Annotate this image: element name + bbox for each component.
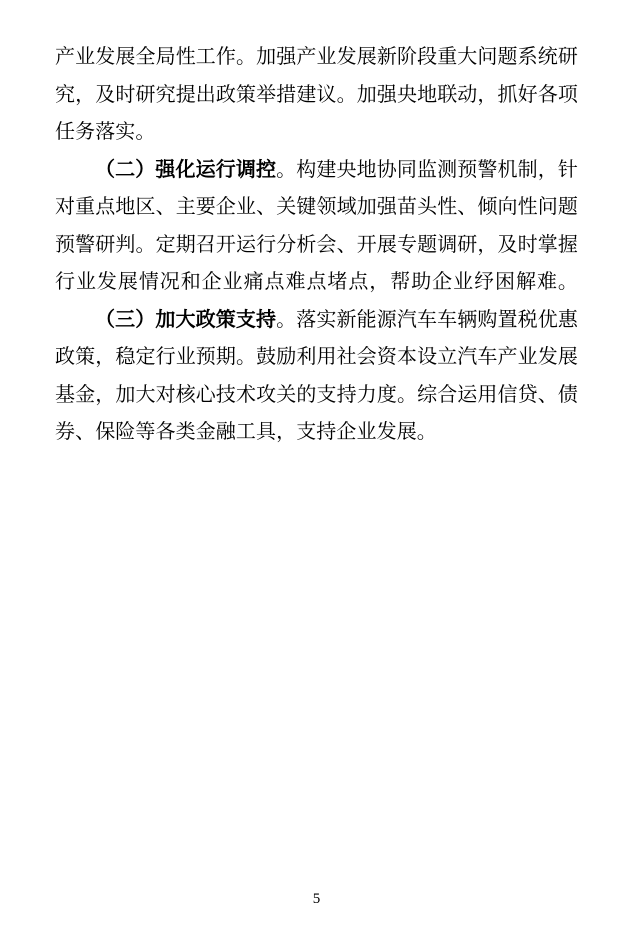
paragraph-continuation: 产业发展全局性工作。加强产业发展新阶段重大问题系统研究，及时研究提出政策举措建议… <box>55 39 578 152</box>
body-text: 产业发展全局性工作。加强产业发展新阶段重大问题系统研 <box>55 46 578 68</box>
text-line: 政策，稳定行业预期。鼓励利用社会资本设立汽车产业发展 <box>55 339 578 377</box>
section-heading-bold: （二）强化运行调控 <box>95 159 276 181</box>
text-line: 产业发展全局性工作。加强产业发展新阶段重大问题系统研 <box>55 39 578 77</box>
body-text: 。构建央地协同监测预警机制，针 <box>276 159 578 181</box>
text-line: 券、保险等各类金融工具，支持企业发展。 <box>55 414 578 452</box>
paragraph-section-2: （二）强化运行调控。构建央地协同监测预警机制，针对重点地区、主要企业、关键领域加… <box>55 152 578 302</box>
body-text: 究，及时研究提出政策举措建议。加强央地联动，抓好各项 <box>55 84 578 106</box>
text-line: 行业发展情况和企业痛点难点堵点，帮助企业纾困解难。 <box>55 264 578 302</box>
text-line: （二）强化运行调控。构建央地协同监测预警机制，针 <box>55 152 578 190</box>
page-footer: 5 <box>0 888 633 910</box>
text-line: 预警研判。定期召开运行分析会、开展专题调研，及时掌握 <box>55 227 578 265</box>
body-text: 任务落实。 <box>55 121 156 143</box>
text-line: 究，及时研究提出政策举措建议。加强央地联动，抓好各项 <box>55 77 578 115</box>
text-line: 对重点地区、主要企业、关键领域加强苗头性、倾向性问题 <box>55 189 578 227</box>
body-text: 券、保险等各类金融工具，支持企业发展。 <box>55 421 437 443</box>
paragraph-section-3: （三）加大政策支持。落实新能源汽车车辆购置税优惠政策，稳定行业预期。鼓励利用社会… <box>55 302 578 452</box>
page-number: 5 <box>313 891 321 907</box>
body-text: 基金，加大对核心技术攻关的支持力度。综合运用信贷、债 <box>55 384 578 406</box>
body-text: 预警研判。定期召开运行分析会、开展专题调研，及时掌握 <box>55 234 578 256</box>
section-heading-bold: （三）加大政策支持 <box>95 309 276 331</box>
body-text: 政策，稳定行业预期。鼓励利用社会资本设立汽车产业发展 <box>55 346 578 368</box>
text-line: 基金，加大对核心技术攻关的支持力度。综合运用信贷、债 <box>55 377 578 415</box>
body-text: 。落实新能源汽车车辆购置税优惠 <box>276 309 578 331</box>
text-line: 任务落实。 <box>55 114 578 152</box>
body-text: 对重点地区、主要企业、关键领域加强苗头性、倾向性问题 <box>55 196 578 218</box>
document-body: 产业发展全局性工作。加强产业发展新阶段重大问题系统研究，及时研究提出政策举措建议… <box>55 39 578 452</box>
text-line: （三）加大政策支持。落实新能源汽车车辆购置税优惠 <box>55 302 578 340</box>
body-text: 行业发展情况和企业痛点难点堵点，帮助企业纾困解难。 <box>55 271 578 293</box>
